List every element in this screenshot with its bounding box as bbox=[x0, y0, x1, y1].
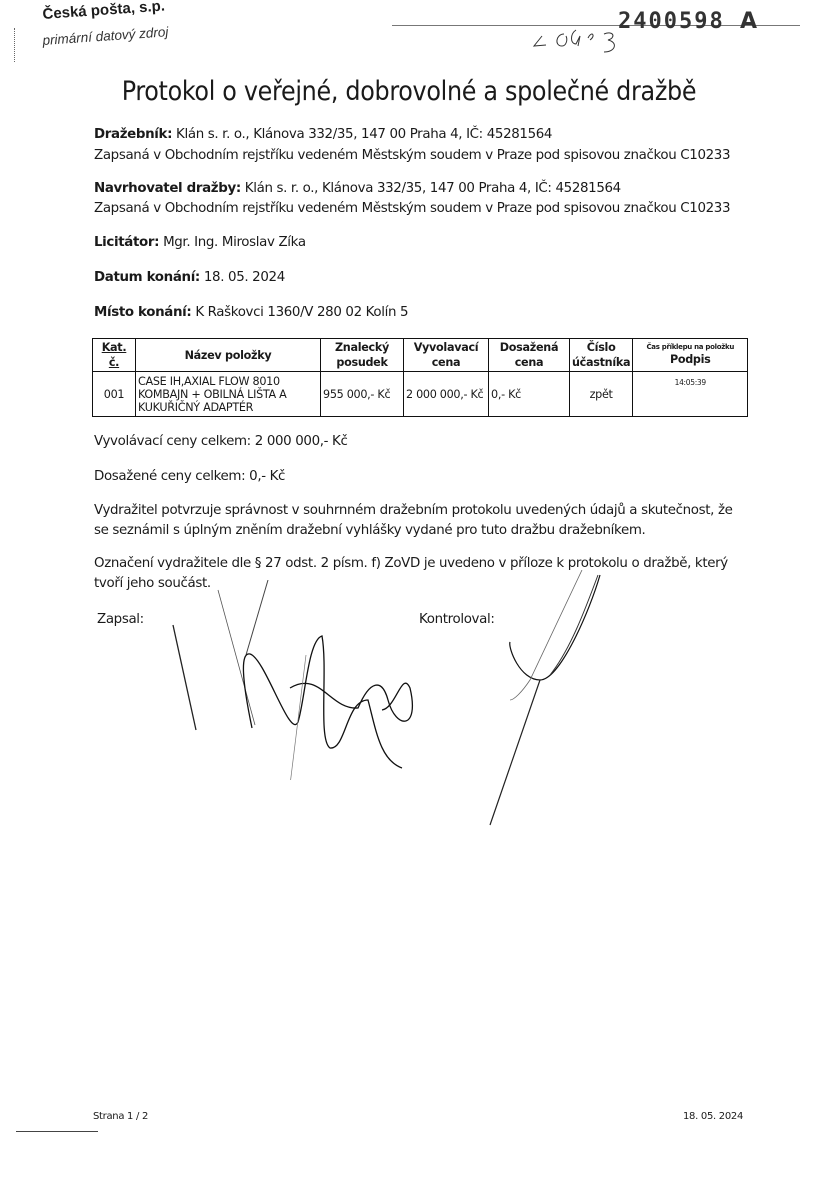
cell-znalecky: 955 000,- Kč bbox=[321, 372, 404, 417]
cell-cas: 14:05:39 bbox=[635, 376, 745, 389]
zapsal-signature bbox=[150, 580, 420, 780]
datum-line: Datum konání: 18. 05. 2024 bbox=[94, 270, 285, 285]
document-number-suffix: A bbox=[740, 9, 759, 34]
stamp-subtitle: primární datový zdroj bbox=[42, 24, 169, 48]
items-table: Kat. č. Název položky Znaleckýposudek Vy… bbox=[92, 338, 748, 417]
paragraph-1-line-1: Vydražitel potvrzuje správnost v souhrnn… bbox=[94, 503, 733, 518]
header-dosazena: Dosaženácena bbox=[489, 339, 570, 372]
drazebnik-label: Dražebník: bbox=[94, 127, 172, 142]
paragraph-1-line-2: se seznámil s úplným zněním dražební vyh… bbox=[94, 523, 645, 538]
navrhovatel-value: Klán s. r. o., Klánova 332/35, 147 00 Pr… bbox=[245, 181, 621, 196]
header-vyvolavaci: Vyvolavacícena bbox=[404, 339, 489, 372]
page-title: Protokol o veřejné, dobrovolné a společn… bbox=[0, 76, 818, 107]
total-dosazene: Dosažené ceny celkem: 0,- Kč bbox=[94, 469, 285, 484]
datum-label: Datum konání: bbox=[94, 270, 200, 285]
table-header-row: Kat. č. Název položky Znaleckýposudek Vy… bbox=[93, 339, 748, 372]
header-podpis: Čas příklepu na položkuPodpis bbox=[633, 339, 748, 372]
header-kat: Kat. č. bbox=[93, 339, 136, 372]
paragraph-2-line-1: Označení vydražitele dle § 27 odst. 2 pí… bbox=[94, 556, 728, 571]
table-row: 001 CASE IH,AXIAL FLOW 8010KOMBAJN + OBI… bbox=[93, 372, 748, 417]
cell-dosazena: 0,- Kč bbox=[489, 372, 570, 417]
drazebnik-registration: Zapsaná v Obchodním rejstříku vedeném Mě… bbox=[94, 148, 730, 163]
cell-podpis: 14:05:39 bbox=[633, 372, 748, 417]
cell-kat: 001 bbox=[93, 372, 136, 417]
stamp-organization: Česká pošta, s.p. bbox=[42, 0, 165, 23]
misto-line: Místo konání: K Raškovci 1360/V 280 02 K… bbox=[94, 305, 408, 320]
drazebnik-value: Klán s. r. o., Klánova 332/35, 147 00 Pr… bbox=[176, 127, 552, 142]
handwritten-lot-note: LOT 3 bbox=[530, 22, 640, 62]
misto-value: K Raškovci 1360/V 280 02 Kolín 5 bbox=[195, 305, 408, 320]
licitator-label: Licitátor: bbox=[94, 235, 159, 250]
total-vyvolavaci: Vyvolávací ceny celkem: 2 000 000,- Kč bbox=[94, 434, 348, 449]
footer-rule bbox=[16, 1131, 98, 1132]
footer-page-number: Strana 1 / 2 bbox=[93, 1111, 148, 1122]
cell-cislo: zpět bbox=[570, 372, 633, 417]
navrhovatel-label: Navrhovatel dražby: bbox=[94, 181, 241, 196]
datum-value: 18. 05. 2024 bbox=[204, 270, 285, 285]
kontroloval-signature bbox=[470, 570, 620, 830]
header-znalecky: Znaleckýposudek bbox=[321, 339, 404, 372]
navrhovatel-line: Navrhovatel dražby: Klán s. r. o., Kláno… bbox=[94, 181, 621, 196]
licitator-line: Licitátor: Mgr. Ing. Miroslav Zíka bbox=[94, 235, 306, 250]
scan-edge-mark bbox=[14, 28, 16, 62]
header-cislo: Čísloúčastníka bbox=[570, 339, 633, 372]
drazebnik-line: Dražebník: Klán s. r. o., Klánova 332/35… bbox=[94, 127, 552, 142]
licitator-value: Mgr. Ing. Miroslav Zíka bbox=[163, 235, 306, 250]
misto-label: Místo konání: bbox=[94, 305, 191, 320]
cell-nazev: CASE IH,AXIAL FLOW 8010KOMBAJN + OBILNÁ … bbox=[136, 372, 321, 417]
zapsal-label: Zapsal: bbox=[97, 612, 144, 627]
cell-vyvolavaci: 2 000 000,- Kč bbox=[404, 372, 489, 417]
header-nazev: Název položky bbox=[136, 339, 321, 372]
footer-date: 18. 05. 2024 bbox=[683, 1111, 743, 1122]
navrhovatel-registration: Zapsaná v Obchodním rejstříku vedeném Mě… bbox=[94, 201, 730, 216]
